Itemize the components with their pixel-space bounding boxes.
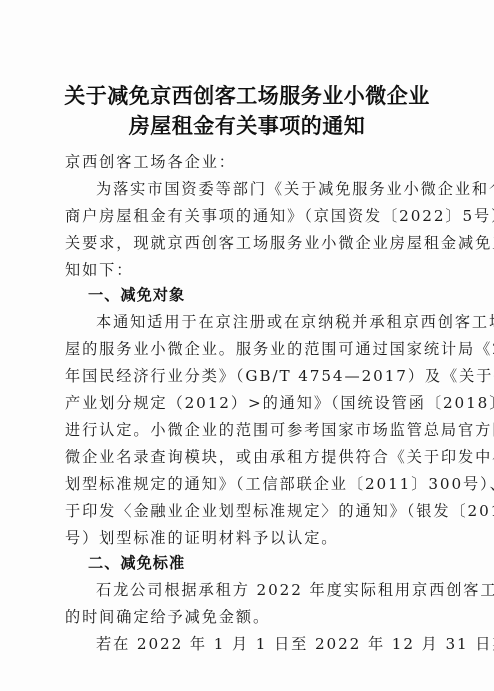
section1-line: 屋的服务业小微企业。服务业的范围可通过国家统计局《2017 xyxy=(65,338,435,359)
document-page: 关于减免京西创客工场服务业小微企业 房屋租金有关事项的通知 京西创客工场各企业：… xyxy=(0,0,494,691)
section1-heading: 一、减免对象 xyxy=(88,284,185,305)
section1-line: 划型标准规定的通知》（工信部联企业〔2011〕300号）、《关 xyxy=(65,473,435,494)
intro-line: 知如下： xyxy=(65,259,435,280)
section2-line: 的时间确定给予减免金额。 xyxy=(65,606,435,627)
section1-line: 产业划分规定（2012）>的通知》（国统设管函〔2018〕74号） xyxy=(65,392,435,413)
section2-line: 石龙公司根据承租方 2022 年度实际租用京西创客工场空间 xyxy=(96,579,466,600)
section1-line: 号）划型标准的证明材料予以认定。 xyxy=(65,527,435,548)
section1-line: 于印发〈金融业企业划型标准规定〉的通知》（银发〔2015〕309 xyxy=(65,500,435,521)
salutation: 京西创客工场各企业： xyxy=(65,151,435,172)
section1-line: 微企业名录查询模块，或由承租方提供符合《关于印发中小企业 xyxy=(65,446,435,467)
intro-line: 为落实市国资委等部门《关于减免服务业小微企业和个体工 xyxy=(96,178,466,199)
document-title-line1: 关于减免京西创客工场服务业小微企业 xyxy=(0,80,494,110)
intro-line: 关要求，现就京西创客工场服务业小微企业房屋租金减免工作通 xyxy=(65,232,435,253)
document-title-line2: 房屋租金有关事项的通知 xyxy=(0,110,494,140)
section1-line: 年国民经济行业分类》（GB/T 4754—2017）及《关于修订<三次 xyxy=(65,365,435,386)
intro-line: 商户房屋租金有关事项的通知》（京国资发〔2022〕5号）等有 xyxy=(65,205,435,226)
section2-line: 若在 2022 年 1 月 1 日至 2022 年 12 月 31 日期间实际租… xyxy=(96,633,466,654)
section2-heading: 二、减免标准 xyxy=(88,552,185,573)
section1-line: 进行认定。小微企业的范围可参考国家市场监管总局官方网站小 xyxy=(65,419,435,440)
section1-line: 本通知适用于在京注册或在京纳税并承租京西创客工场房 xyxy=(96,311,466,332)
